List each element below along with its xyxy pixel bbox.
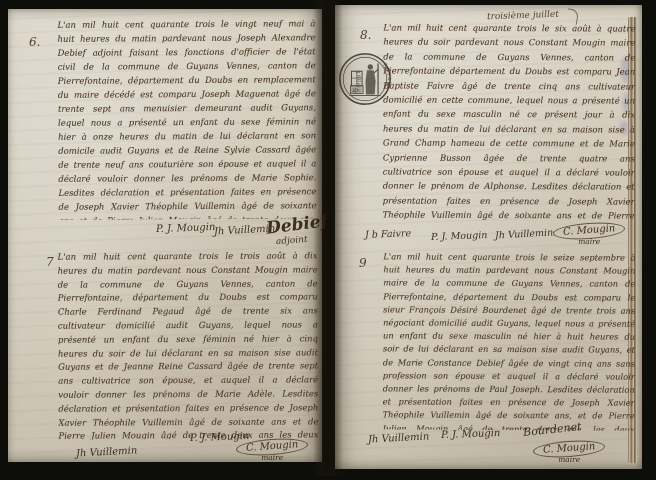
entry-number-7: 7 <box>46 255 54 269</box>
entry-number-9: 9 <box>359 256 367 270</box>
acte-6-text: L'an mil huit cent quarante trois le vin… <box>57 17 316 220</box>
right-page: troisième juillet 8. TIMBRE ROYAL <box>335 5 642 469</box>
signature-mougin-entry6: P. J. Mougin <box>156 222 216 235</box>
signature-mougin-entry9: P. J. Mougin <box>441 428 501 441</box>
acte-8-text: L'an mil huit cent quarante trois le six… <box>383 21 636 224</box>
date-correction-note: troisième juillet <box>487 10 559 23</box>
signature-cmougin-entry7: C. Mougin maire <box>236 439 308 462</box>
entry-number-8: 8. <box>360 28 371 42</box>
signature-oval: C. Mougin <box>236 436 309 457</box>
signature-debief-role: adjoint <box>276 235 308 247</box>
entry-number-6: 6. <box>29 35 40 49</box>
signature-faivre-entry8: J b Faivre <box>365 228 411 241</box>
acte-7-text: L'an mil huit cent quarante trois le tro… <box>58 250 319 439</box>
signature-vuillemin-entry7: Jh Vuillemin <box>76 445 138 459</box>
signature-vuillemin-entry8: Jh Vuillemin <box>495 227 554 241</box>
acte-9-text: L'an mil huit cent quarante trois le sei… <box>383 250 636 430</box>
signature-oval: C. Mougin <box>553 220 626 241</box>
left-page: 6. L'an mil huit cent quarante trois le … <box>8 9 322 462</box>
signature-vuillemin-entry9: Jh Vuillemin <box>368 431 430 445</box>
stamp-value: 20c <box>352 88 361 94</box>
register-scan: 6. L'an mil huit cent quarante trois le … <box>0 0 656 480</box>
signature-cmougin-entry9: C. Mougin maire <box>533 441 605 464</box>
signature-oval: C. Mougin <box>533 438 606 459</box>
signature-mougin-entry8: P. J. Mougin <box>431 230 488 243</box>
signature-cmougin-entry8: C. Mougin maire <box>553 223 625 246</box>
